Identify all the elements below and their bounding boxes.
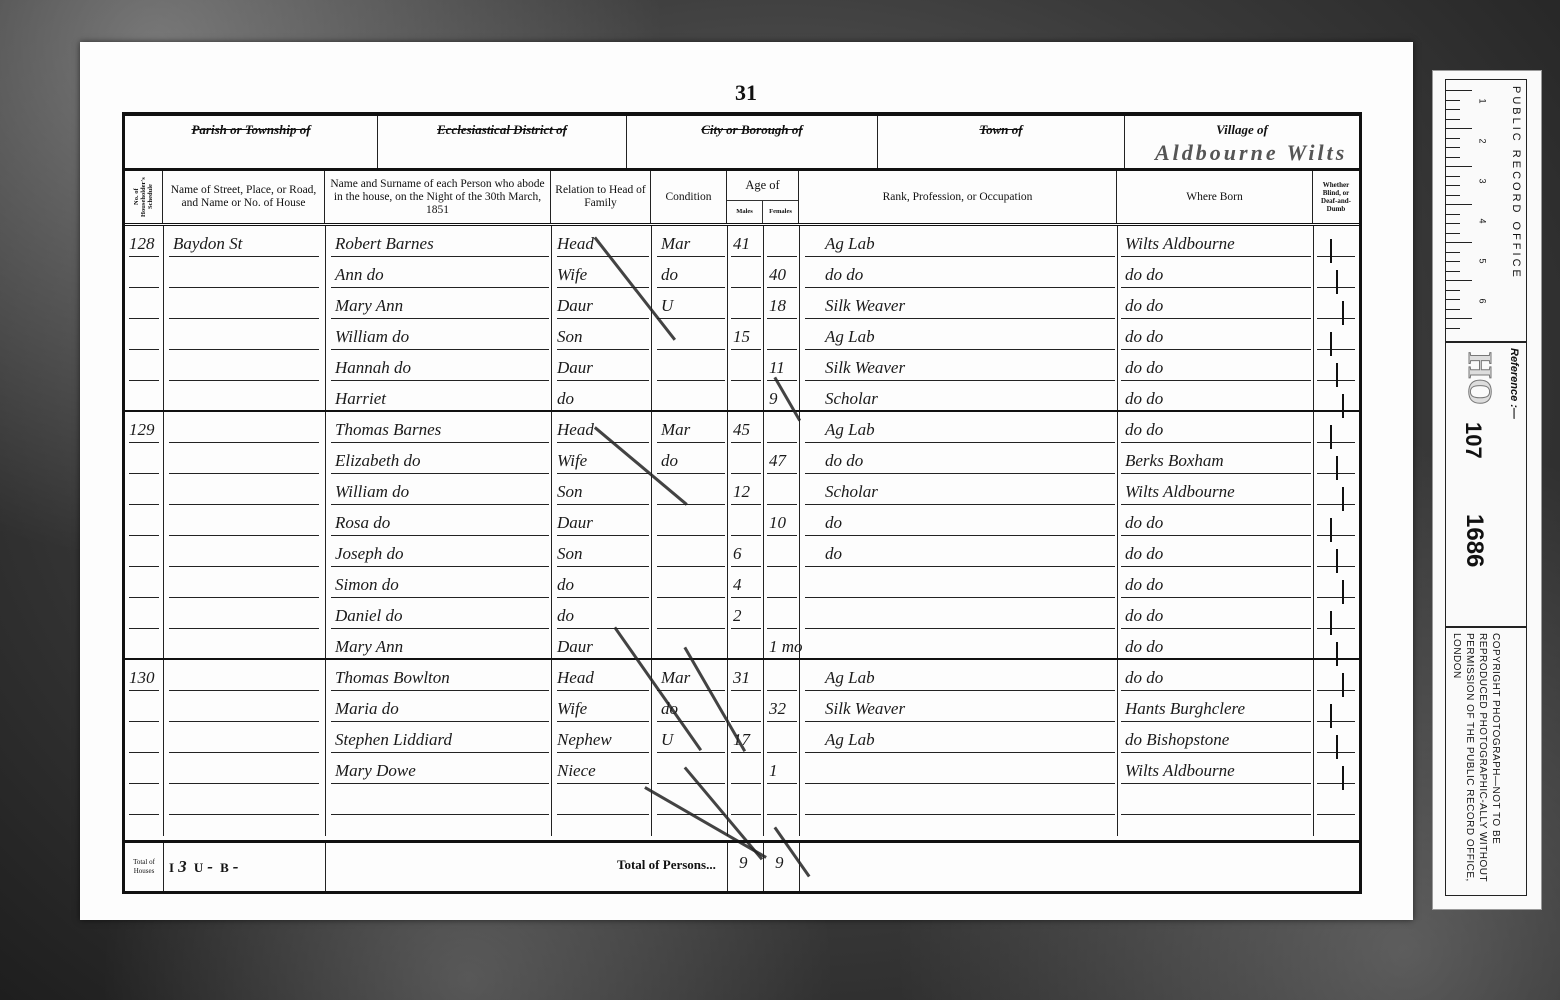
age-header: Age of MalesFemales xyxy=(727,171,799,223)
condition-header: Condition xyxy=(651,171,727,223)
relation-header: Relation to Head of Family xyxy=(551,171,651,223)
cell-occupation: Ag Lab xyxy=(825,668,875,688)
ruler-tick xyxy=(1446,318,1472,319)
ruler-tick xyxy=(1446,290,1460,291)
cell-relation: Son xyxy=(557,327,583,347)
cell-relation: Daur xyxy=(557,296,593,316)
ruler-number: 6 xyxy=(1478,298,1488,303)
ecclesiastical-district-header: Ecclesiastical District of xyxy=(378,116,627,168)
cell-relation: Head xyxy=(557,420,594,440)
ruler-tick xyxy=(1446,185,1460,186)
cell-occupation: do xyxy=(825,544,842,564)
ruler-tick xyxy=(1446,90,1472,91)
census-entries: 128Baydon StRobert BarnesHeadMar41Ag Lab… xyxy=(125,226,1359,836)
total-houses-label: Total of Houses xyxy=(125,843,164,891)
census-page: 31 Parish or Township of Ecclesiastical … xyxy=(80,42,1413,920)
cell-relation: do xyxy=(557,575,574,595)
uninhabited-count: - xyxy=(207,857,213,876)
cell-name: William do xyxy=(335,482,409,502)
place-header-row: Parish or Township of Ecclesiastical Dis… xyxy=(125,116,1359,171)
office-name: PUBLIC RECORD OFFICE xyxy=(1510,86,1522,280)
cell-male-age: 45 xyxy=(733,420,750,440)
cell-condition: U xyxy=(661,730,673,750)
cell-relation: Wife xyxy=(557,265,587,285)
table-row: 128Baydon StRobert BarnesHeadMar41Ag Lab… xyxy=(125,226,1359,257)
cell-condition: Mar xyxy=(661,420,690,440)
reference-series: HO xyxy=(1460,352,1498,405)
table-row: Mary DoweNiece1Wilts Aldbourne xyxy=(125,753,1359,784)
cell-where-born: Berks Boxham xyxy=(1125,451,1224,471)
ruler-tick xyxy=(1446,299,1460,300)
totals-row: Total of Houses I3 U- B- Total of Person… xyxy=(125,840,1359,891)
table-row: William doSon15Ag Labdo do xyxy=(125,319,1359,350)
cell-name: Rosa do xyxy=(335,513,390,533)
ruler-tick xyxy=(1446,119,1460,120)
cell-where-born: Wilts Aldbourne xyxy=(1125,234,1235,254)
cell-relation: Niece xyxy=(557,761,596,781)
cell-where-born: do do xyxy=(1125,513,1163,533)
cell-where-born: Wilts Aldbourne xyxy=(1125,761,1235,781)
table-row: Hannah doDaur11Silk Weaverdo do xyxy=(125,350,1359,381)
cell-female-age: 1 mo xyxy=(769,637,803,657)
reference-box: Reference :— HO 107 1686 xyxy=(1445,341,1527,628)
males-header: Males xyxy=(727,201,763,223)
cell-occupation: do do xyxy=(825,265,863,285)
cell-relation: Daur xyxy=(557,358,593,378)
cell-occupation: Scholar xyxy=(825,482,878,502)
cell-relation: Daur xyxy=(557,637,593,657)
ruler-tick xyxy=(1446,280,1472,281)
cell-occupation: Silk Weaver xyxy=(825,358,905,378)
cell-relation: Son xyxy=(557,482,583,502)
city-borough-header: City or Borough of xyxy=(627,116,878,168)
cell-relation: Head xyxy=(557,668,594,688)
cell-name: Robert Barnes xyxy=(335,234,434,254)
ruler-tick xyxy=(1446,176,1460,177)
cell-where-born: do do xyxy=(1125,420,1163,440)
cell-where-born: do do xyxy=(1125,544,1163,564)
column-header-row: No. of Householder's Schedule Name of St… xyxy=(125,171,1359,226)
ruler-tick xyxy=(1446,271,1460,272)
cell-where-born: do do xyxy=(1125,668,1163,688)
cell-relation: do xyxy=(557,389,574,409)
cell-relation: Nephew xyxy=(557,730,612,750)
village-header: Village of Aldbourne Wilts xyxy=(1125,116,1359,168)
ruler-tick xyxy=(1446,214,1460,215)
cell-relation: Head xyxy=(557,234,594,254)
blind-header: Whether Blind, or Deaf-and-Dumb xyxy=(1313,171,1359,223)
scale-ruler: PUBLIC RECORD OFFICE 123456 xyxy=(1445,79,1527,343)
ruler-tick xyxy=(1446,138,1460,139)
ruler-tick xyxy=(1446,204,1472,205)
cell-name: Thomas Bowlton xyxy=(335,668,450,688)
cell-relation: Daur xyxy=(557,513,593,533)
total-persons-label: Total of Persons... xyxy=(617,857,716,873)
table-row: Mary AnnDaurU18Silk Weaverdo do xyxy=(125,288,1359,319)
cell-name: Mary Ann xyxy=(335,637,403,657)
ruler-number: 2 xyxy=(1478,138,1488,143)
census-form: Parish or Township of Ecclesiastical Dis… xyxy=(122,112,1362,894)
ruler-number: 5 xyxy=(1478,258,1488,263)
table-row: Harrietdo9Scholardo do xyxy=(125,381,1359,412)
cell-name: Joseph do xyxy=(335,544,403,564)
cell-male-age: 31 xyxy=(733,668,750,688)
cell-schedule: 128 xyxy=(129,234,155,254)
cell-female-age: 32 xyxy=(769,699,786,719)
cell-male-age: 15 xyxy=(733,327,750,347)
cell-male-age: 2 xyxy=(733,606,742,626)
building-count: - xyxy=(233,857,239,876)
cell-where-born: do do xyxy=(1125,358,1163,378)
cell-name: Mary Dowe xyxy=(335,761,416,781)
cell-female-age: 1 xyxy=(769,761,778,781)
females-header: Females xyxy=(763,201,798,223)
table-row: Mary AnnDaur1 modo do xyxy=(125,629,1359,660)
village-value: Aldbourne Wilts xyxy=(1155,140,1347,166)
cell-condition: Mar xyxy=(661,668,690,688)
ruler-tick xyxy=(1446,242,1472,243)
where-born-header: Where Born xyxy=(1117,171,1313,223)
cell-male-age: 12 xyxy=(733,482,750,502)
cell-condition: do xyxy=(661,265,678,285)
cell-male-age: 4 xyxy=(733,575,742,595)
cell-occupation: Scholar xyxy=(825,389,878,409)
table-row: Daniel dodo2do do xyxy=(125,598,1359,629)
name-header: Name and Surname of each Person who abod… xyxy=(325,171,551,223)
cell-female-age: 40 xyxy=(769,265,786,285)
reference-piece: 107 xyxy=(1460,422,1486,459)
ruler-tick xyxy=(1446,261,1460,262)
cell-where-born: Hants Burghclere xyxy=(1125,699,1245,719)
cell-where-born: Wilts Aldbourne xyxy=(1125,482,1235,502)
cell-name: Daniel do xyxy=(335,606,403,626)
cell-female-age: 47 xyxy=(769,451,786,471)
table-row: Elizabeth doWifedo47do doBerks Boxham xyxy=(125,443,1359,474)
inhabited-count: 3 xyxy=(178,857,187,876)
cell-relation: Wife xyxy=(557,699,587,719)
table-row: 129Thomas BarnesHeadMar45Ag Labdo do xyxy=(125,412,1359,443)
ruler-tick xyxy=(1446,195,1460,196)
cell-name: William do xyxy=(335,327,409,347)
table-row: Simon dodo4do do xyxy=(125,567,1359,598)
cell-schedule: 129 xyxy=(129,420,155,440)
cell-name: Stephen Liddiard xyxy=(335,730,452,750)
cell-condition: U xyxy=(661,296,673,316)
ruler-tick xyxy=(1446,223,1460,224)
table-row: Maria doWifedo32Silk WeaverHants Burghcl… xyxy=(125,691,1359,722)
cell-female-age: 10 xyxy=(769,513,786,533)
cell-where-born: do do xyxy=(1125,575,1163,595)
cell-occupation: Ag Lab xyxy=(825,420,875,440)
reference-folio: 1686 xyxy=(1460,514,1488,567)
street-header: Name of Street, Place, or Road, and Name… xyxy=(163,171,325,223)
ruler-number: 4 xyxy=(1478,218,1488,223)
cell-name: Thomas Barnes xyxy=(335,420,441,440)
ruler-tick xyxy=(1446,166,1472,167)
ruler-tick xyxy=(1446,252,1460,253)
ruler-number: 3 xyxy=(1478,178,1488,183)
cell-occupation: do do xyxy=(825,451,863,471)
cell-condition: Mar xyxy=(661,234,690,254)
record-office-label: PUBLIC RECORD OFFICE 123456 Reference :—… xyxy=(1432,70,1542,910)
cell-female-age: 11 xyxy=(769,358,785,378)
ruler-tick xyxy=(1446,328,1460,329)
cell-relation: Wife xyxy=(557,451,587,471)
cell-occupation: Silk Weaver xyxy=(825,699,905,719)
cell-occupation: Silk Weaver xyxy=(825,296,905,316)
cell-name: Elizabeth do xyxy=(335,451,420,471)
occupation-header: Rank, Profession, or Occupation xyxy=(799,171,1117,223)
town-header: Town of xyxy=(878,116,1125,168)
cell-name: Maria do xyxy=(335,699,399,719)
table-row: Joseph doSon6dodo do xyxy=(125,536,1359,567)
cell-relation: do xyxy=(557,606,574,626)
cell-where-born: do do xyxy=(1125,296,1163,316)
cell-where-born: do Bishopstone xyxy=(1125,730,1229,750)
ruler-tick xyxy=(1446,157,1460,158)
copyright-notice: COPYRIGHT PHOTOGRAPH—NOT TO BE REPRODUCE… xyxy=(1445,626,1527,896)
ruler-tick xyxy=(1446,147,1460,148)
table-row: Rosa doDaur10dodo do xyxy=(125,505,1359,536)
cell-male-age: 6 xyxy=(733,544,742,564)
cell-schedule: 130 xyxy=(129,668,155,688)
cell-where-born: do do xyxy=(1125,265,1163,285)
cell-occupation: do xyxy=(825,513,842,533)
ruler-tick xyxy=(1446,109,1460,110)
ruler-tick xyxy=(1446,233,1460,234)
cell-where-born: do do xyxy=(1125,327,1163,347)
cell-name: Ann do xyxy=(335,265,384,285)
table-row: Ann doWifedo40do dodo do xyxy=(125,257,1359,288)
cell-name: Harriet xyxy=(335,389,386,409)
cell-name: Mary Ann xyxy=(335,296,403,316)
cell-where-born: do do xyxy=(1125,637,1163,657)
cell-female-age: 18 xyxy=(769,296,786,316)
total-males: 9 xyxy=(739,853,748,873)
cell-where-born: do do xyxy=(1125,606,1163,626)
table-row xyxy=(125,784,1359,815)
cell-occupation: Ag Lab xyxy=(825,730,875,750)
ruler-tick xyxy=(1446,309,1460,310)
ruler-number: 1 xyxy=(1478,98,1488,103)
cell-occupation: Ag Lab xyxy=(825,327,875,347)
page-number: 31 xyxy=(735,80,757,106)
cell-condition: do xyxy=(661,451,678,471)
table-row: 130Thomas BowltonHeadMar31Ag Labdo do xyxy=(125,660,1359,691)
ruler-tick xyxy=(1446,128,1472,129)
table-row: William doSon12ScholarWilts Aldbourne xyxy=(125,474,1359,505)
cell-female-age: 9 xyxy=(769,389,778,409)
total-females: 9 xyxy=(775,853,784,873)
cell-male-age: 41 xyxy=(733,234,750,254)
cell-relation: Son xyxy=(557,544,583,564)
cell-name: Simon do xyxy=(335,575,399,595)
cell-street: Baydon St xyxy=(173,234,242,254)
schedule-header: No. of Householder's Schedule xyxy=(125,171,163,223)
cell-occupation: Ag Lab xyxy=(825,234,875,254)
house-totals: I3 U- B- xyxy=(169,857,242,877)
parish-header: Parish or Township of xyxy=(125,116,378,168)
ruler-tick xyxy=(1446,100,1460,101)
cell-name: Hannah do xyxy=(335,358,411,378)
cell-where-born: do do xyxy=(1125,389,1163,409)
